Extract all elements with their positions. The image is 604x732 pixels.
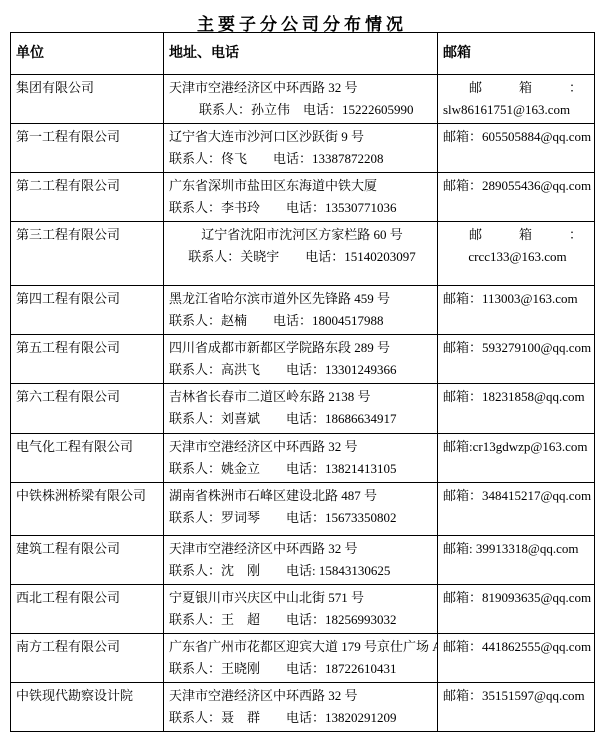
email-label-justified: 邮箱：	[443, 224, 592, 246]
address-line: 辽宁省沈阳市沈河区方家栏路 60 号	[169, 224, 435, 246]
email-address: 邮箱：593279100@qq.com	[443, 337, 592, 359]
unit-cell: 第五工程有限公司	[11, 335, 164, 384]
unit-cell: 第二工程有限公司	[11, 173, 164, 222]
unit-cell: 电气化工程有限公司	[11, 434, 164, 483]
header-row: 单位 地址、电话 邮箱	[11, 33, 595, 75]
unit-cell: 中铁株洲桥梁有限公司	[11, 483, 164, 536]
address-phone-cell: 黑龙江省哈尔滨市道外区先锋路 459 号联系人：赵楠 电话：1800451798…	[164, 286, 438, 335]
contact-line: 联系人：赵楠 电话：18004517988	[169, 310, 435, 332]
contact-line: 联系人：孙立伟 电话：15222605990	[169, 99, 435, 121]
address-phone-cell: 四川省成都市新都区学院路东段 289 号联系人：高洪飞 电话：133012493…	[164, 335, 438, 384]
address-phone-cell: 天津市空港经济区中环西路 32 号联系人：聂 群 电话：13820291209	[164, 683, 438, 732]
contact-line: 联系人：高洪飞 电话：13301249366	[169, 359, 435, 381]
address-line: 辽宁省大连市沙河口区沙跃街 9 号	[169, 126, 435, 148]
unit-cell: 第四工程有限公司	[11, 286, 164, 335]
contact-line: 联系人：姚金立 电话：13821413105	[169, 458, 435, 480]
table-row: 第一工程有限公司辽宁省大连市沙河口区沙跃街 9 号联系人：佟飞 电话：13387…	[11, 124, 595, 173]
contact-line: 联系人：聂 群 电话：13820291209	[169, 707, 435, 729]
unit-cell: 建筑工程有限公司	[11, 536, 164, 585]
unit-cell: 南方工程有限公司	[11, 634, 164, 683]
address-phone-cell: 辽宁省大连市沙河口区沙跃街 9 号联系人：佟飞 电话：13387872208	[164, 124, 438, 173]
email-cell: 邮箱：441862555@qq.com	[438, 634, 595, 683]
email-address: 邮箱：113003@163.com	[443, 288, 592, 310]
unit-cell: 中铁现代勘察设计院	[11, 683, 164, 732]
table-row: 西北工程有限公司宁夏银川市兴庆区中山北街 571 号联系人：王 超 电话：182…	[11, 585, 595, 634]
table-row: 电气化工程有限公司天津市空港经济区中环西路 32 号联系人：姚金立 电话：138…	[11, 434, 595, 483]
address-phone-cell: 湖南省株洲市石峰区建设北路 487 号联系人：罗词琴 电话：1567335080…	[164, 483, 438, 536]
subsidiaries-table: 单位 地址、电话 邮箱 集团有限公司天津市空港经济区中环西路 32 号联系人：孙…	[10, 32, 595, 732]
email-address: 邮箱: 39913318@qq.com	[443, 538, 592, 560]
email-label-char: ：	[569, 77, 582, 99]
contact-line: 联系人：罗词琴 电话：15673350802	[169, 507, 435, 529]
table-row: 第二工程有限公司广东省深圳市盐田区东海道中铁大厦联系人：李书玲 电话：13530…	[11, 173, 595, 222]
contact-line: 联系人：王晓刚 电话：18722610431	[169, 658, 435, 680]
email-cell: 邮箱：slw86161751@163.com	[438, 75, 595, 124]
email-cell: 邮箱：289055436@qq.com	[438, 173, 595, 222]
email-address: 邮箱：441862555@qq.com	[443, 636, 592, 658]
unit-cell: 第六工程有限公司	[11, 384, 164, 434]
address-line: 广东省深圳市盐田区东海道中铁大厦	[169, 175, 435, 197]
table-row: 集团有限公司天津市空港经济区中环西路 32 号联系人：孙立伟 电话：152226…	[11, 75, 595, 124]
table-row: 第六工程有限公司吉林省长春市二道区岭东路 2138 号联系人：刘喜斌 电话：18…	[11, 384, 595, 434]
header-unit: 单位	[11, 33, 164, 75]
address-phone-cell: 吉林省长春市二道区岭东路 2138 号联系人：刘喜斌 电话：1868663491…	[164, 384, 438, 434]
address-line: 天津市空港经济区中环西路 32 号	[169, 685, 435, 707]
contact-line: 联系人：刘喜斌 电话：18686634917	[169, 408, 435, 430]
table-row: 第三工程有限公司辽宁省沈阳市沈河区方家栏路 60 号联系人：关晓宇 电话：151…	[11, 222, 595, 286]
contact-line: 联系人：沈 刚 电话: 15843130625	[169, 560, 435, 582]
address-phone-cell: 辽宁省沈阳市沈河区方家栏路 60 号联系人：关晓宇 电话：15140203097	[164, 222, 438, 286]
address-phone-cell: 天津市空港经济区中环西路 32 号联系人：姚金立 电话：13821413105	[164, 434, 438, 483]
contact-line: 联系人：佟飞 电话：13387872208	[169, 148, 435, 170]
header-address-phone: 地址、电话	[164, 33, 438, 75]
email-cell: 邮箱：348415217@qq.com	[438, 483, 595, 536]
email-label-char: 邮	[469, 224, 482, 246]
address-line: 黑龙江省哈尔滨市道外区先锋路 459 号	[169, 288, 435, 310]
table-row: 中铁株洲桥梁有限公司湖南省株洲市石峰区建设北路 487 号联系人：罗词琴 电话：…	[11, 483, 595, 536]
table-row: 第五工程有限公司四川省成都市新都区学院路东段 289 号联系人：高洪飞 电话：1…	[11, 335, 595, 384]
email-cell: 邮箱：593279100@qq.com	[438, 335, 595, 384]
table-row: 中铁现代勘察设计院天津市空港经济区中环西路 32 号联系人：聂 群 电话：138…	[11, 683, 595, 732]
email-address: 邮箱:cr13gdwzp@163.com	[443, 436, 592, 458]
email-address: slw86161751@163.com	[443, 99, 592, 121]
email-address: crcc133@163.com	[443, 246, 592, 268]
address-phone-cell: 天津市空港经济区中环西路 32 号联系人：孙立伟 电话：15222605990	[164, 75, 438, 124]
email-label-char: ：	[569, 224, 582, 246]
contact-line: 联系人：关晓宇 电话：15140203097	[169, 246, 435, 268]
address-line: 天津市空港经济区中环西路 32 号	[169, 436, 435, 458]
email-cell: 邮箱：18231858@qq.com	[438, 384, 595, 434]
email-cell: 邮箱：605505884@qq.com	[438, 124, 595, 173]
email-address: 邮箱：605505884@qq.com	[443, 126, 592, 148]
contact-line: 联系人：王 超 电话：18256993032	[169, 609, 435, 631]
address-phone-cell: 广东省广州市花都区迎宾大道 179 号京仕广场 A 座联系人：王晓刚 电话：18…	[164, 634, 438, 683]
email-cell: 邮箱:cr13gdwzp@163.com	[438, 434, 595, 483]
address-line: 四川省成都市新都区学院路东段 289 号	[169, 337, 435, 359]
email-label-char: 邮	[469, 77, 482, 99]
unit-cell: 西北工程有限公司	[11, 585, 164, 634]
email-address: 邮箱：35151597@qq.com	[443, 685, 592, 707]
table-row: 建筑工程有限公司天津市空港经济区中环西路 32 号联系人：沈 刚 电话: 158…	[11, 536, 595, 585]
address-phone-cell: 广东省深圳市盐田区东海道中铁大厦联系人：李书玲 电话：13530771036	[164, 173, 438, 222]
page-title: 主要子分公司分布情况	[0, 0, 604, 32]
table-row: 第四工程有限公司黑龙江省哈尔滨市道外区先锋路 459 号联系人：赵楠 电话：18…	[11, 286, 595, 335]
email-cell: 邮箱：crcc133@163.com	[438, 222, 595, 286]
email-address: 邮箱：18231858@qq.com	[443, 386, 592, 408]
email-address: 邮箱：289055436@qq.com	[443, 175, 592, 197]
email-cell: 邮箱: 39913318@qq.com	[438, 536, 595, 585]
address-line: 湖南省株洲市石峰区建设北路 487 号	[169, 485, 435, 507]
email-address: 邮箱：348415217@qq.com	[443, 485, 592, 507]
email-cell: 邮箱：819093635@qq.com	[438, 585, 595, 634]
email-cell: 邮箱：35151597@qq.com	[438, 683, 595, 732]
address-line: 吉林省长春市二道区岭东路 2138 号	[169, 386, 435, 408]
email-cell: 邮箱：113003@163.com	[438, 286, 595, 335]
email-label-char: 箱	[519, 77, 532, 99]
unit-cell: 第一工程有限公司	[11, 124, 164, 173]
email-address: 邮箱：819093635@qq.com	[443, 587, 592, 609]
address-phone-cell: 宁夏银川市兴庆区中山北街 571 号联系人：王 超 电话：18256993032	[164, 585, 438, 634]
email-label-justified: 邮箱：	[443, 77, 592, 99]
address-line: 宁夏银川市兴庆区中山北街 571 号	[169, 587, 435, 609]
address-line: 天津市空港经济区中环西路 32 号	[169, 77, 435, 99]
address-line: 天津市空港经济区中环西路 32 号	[169, 538, 435, 560]
table-row: 南方工程有限公司广东省广州市花都区迎宾大道 179 号京仕广场 A 座联系人：王…	[11, 634, 595, 683]
address-line: 广东省广州市花都区迎宾大道 179 号京仕广场 A 座	[169, 636, 435, 658]
unit-cell: 第三工程有限公司	[11, 222, 164, 286]
address-phone-cell: 天津市空港经济区中环西路 32 号联系人：沈 刚 电话: 15843130625	[164, 536, 438, 585]
header-email: 邮箱	[438, 33, 595, 75]
contact-line: 联系人：李书玲 电话：13530771036	[169, 197, 435, 219]
unit-cell: 集团有限公司	[11, 75, 164, 124]
email-label-char: 箱	[519, 224, 532, 246]
